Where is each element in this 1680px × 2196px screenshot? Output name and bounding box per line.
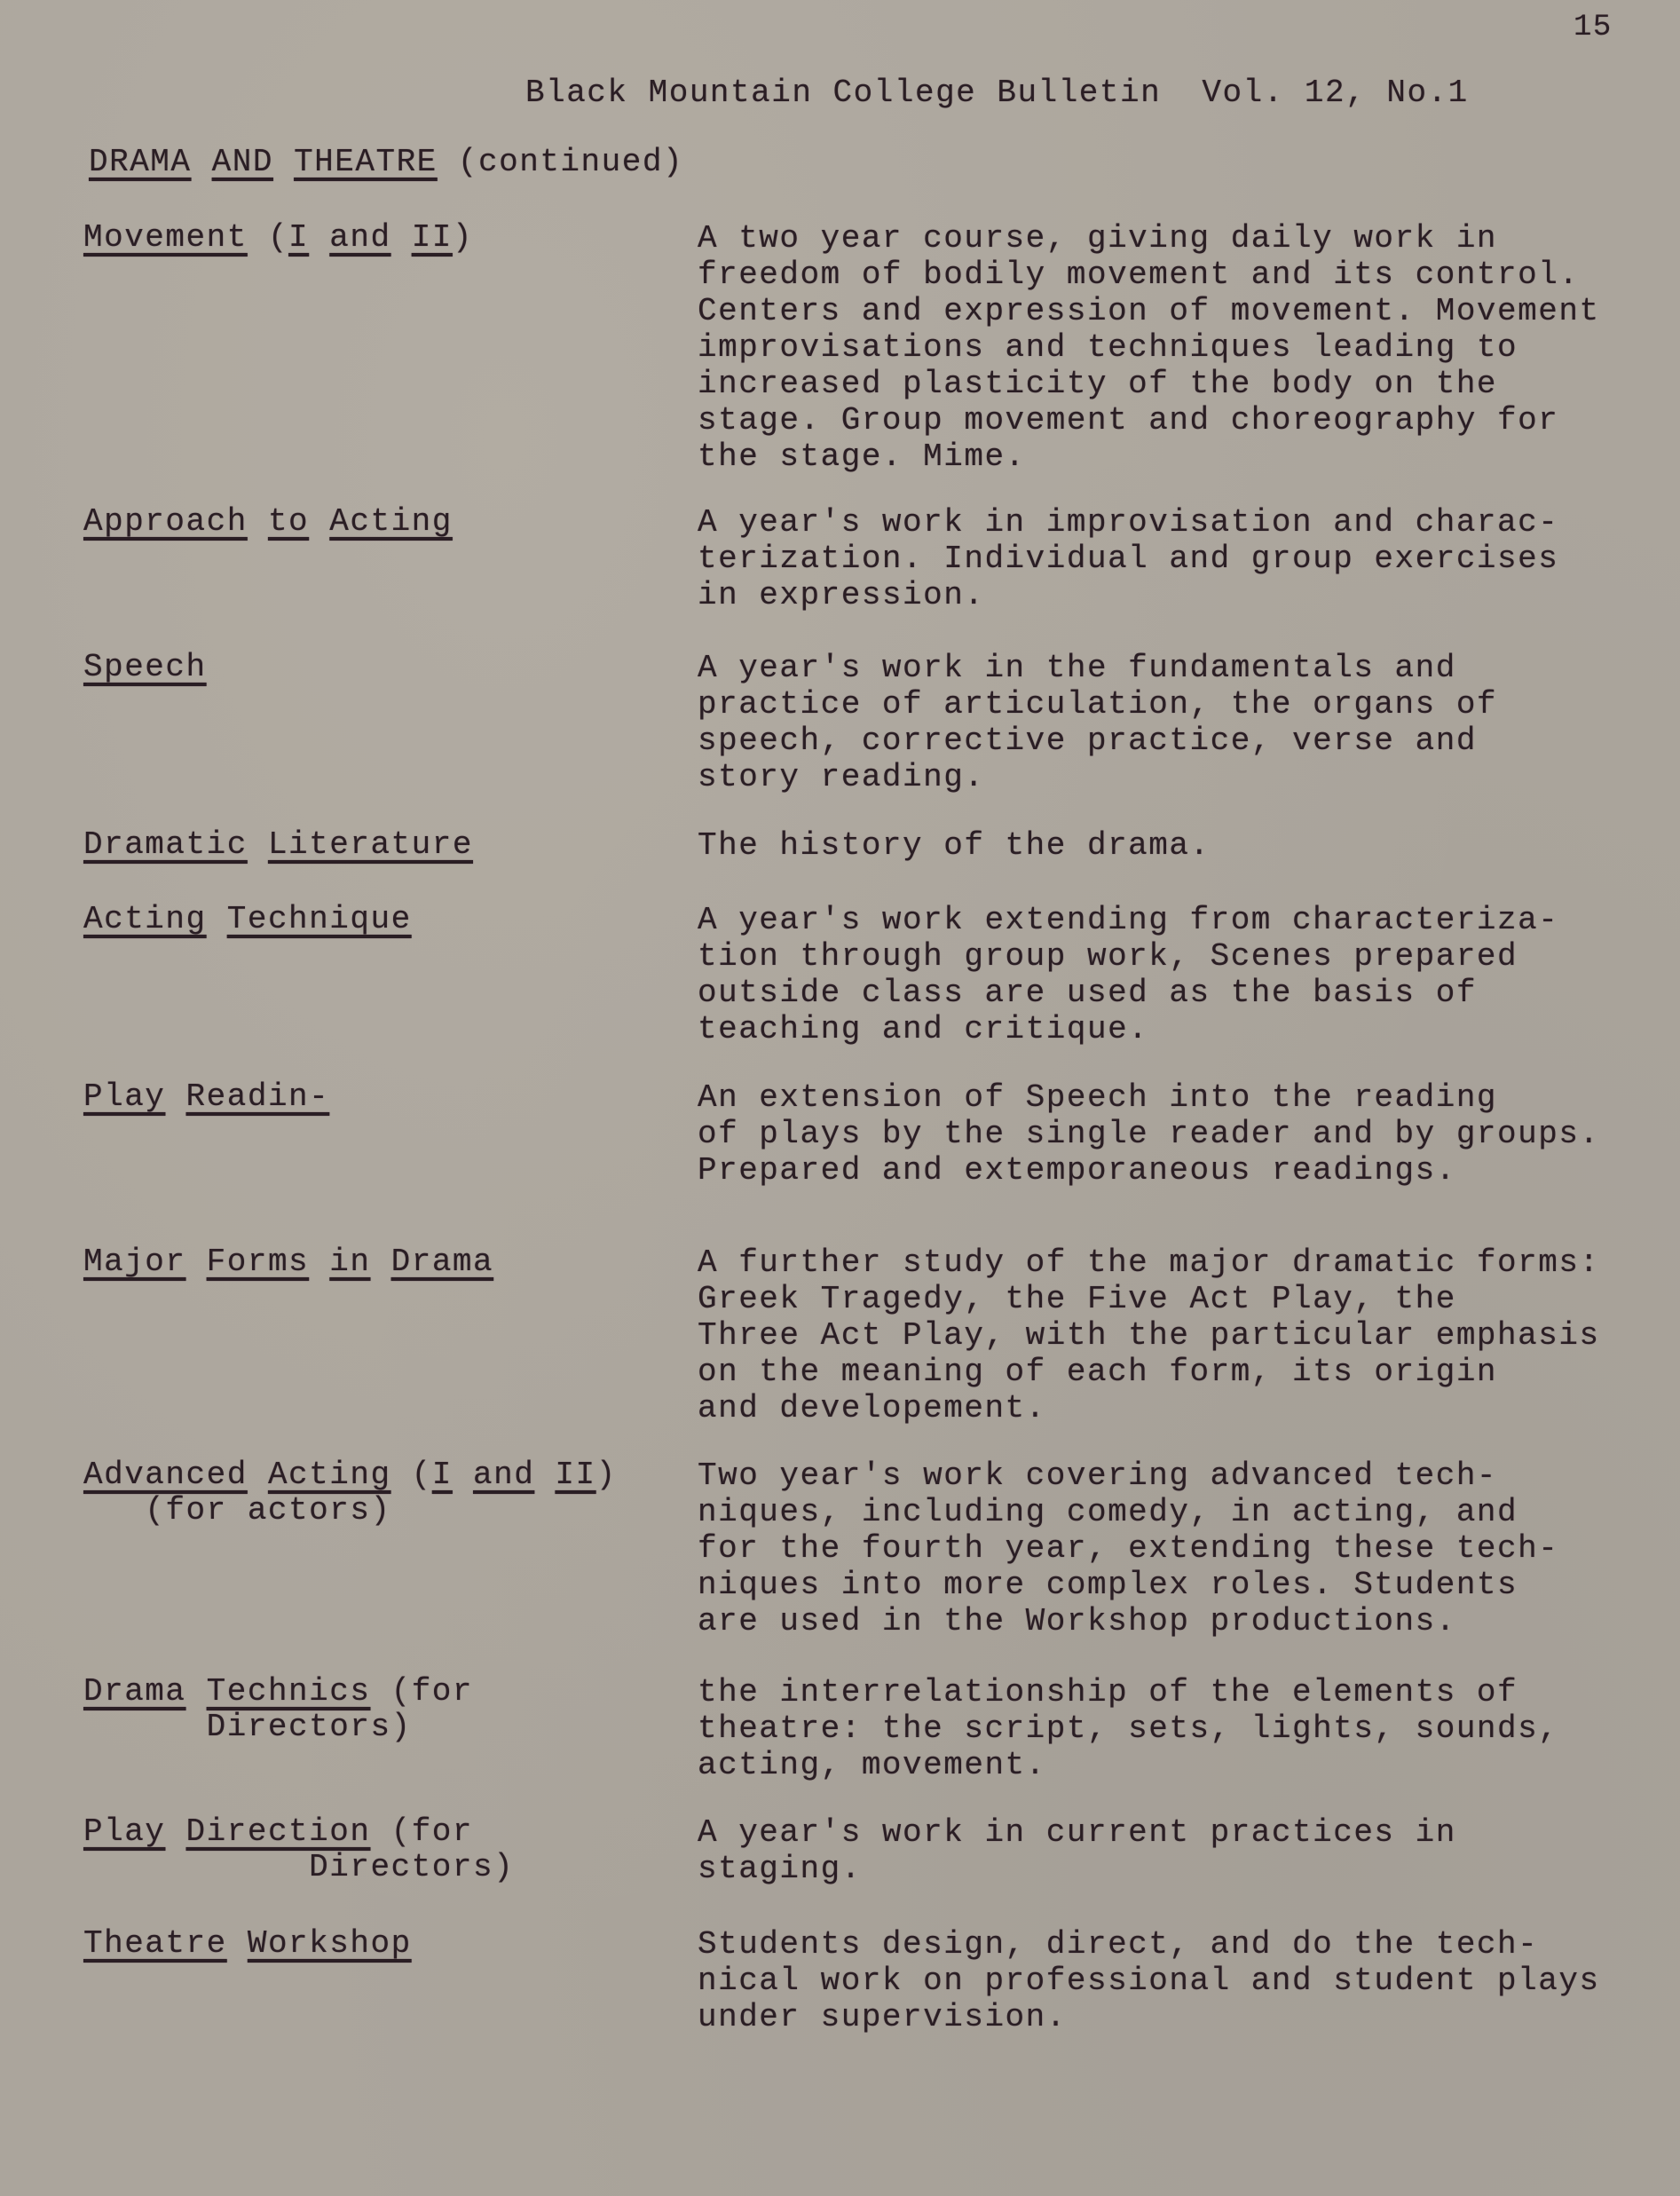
course-description-line: A further study of the major dramatic fo…	[698, 1244, 1600, 1281]
course-description-line: tion through group work, Scenes prepared	[698, 938, 1558, 975]
course-description-line: niques into more complex roles. Students	[698, 1567, 1558, 1603]
course-description-line: are used in the Workshop productions.	[698, 1603, 1558, 1639]
course-title-line: Directors)	[83, 1710, 473, 1745]
course-description: A year's work extending from characteriz…	[698, 902, 1558, 1047]
course-description-line: A year's work extending from characteriz…	[698, 902, 1558, 938]
course-description-line: speech, corrective practice, verse and	[698, 723, 1497, 759]
section-heading: DRAMA AND THEATRE (continued)	[89, 144, 683, 180]
course-description-line: for the fourth year, extending these tec…	[698, 1530, 1558, 1567]
course-description-line: the interrelationship of the elements of	[698, 1674, 1558, 1710]
course-title-line: Acting Technique	[83, 902, 412, 937]
course-description-line: Students design, direct, and do the tech…	[698, 1926, 1600, 1963]
course-description-line: Prepared and extemporaneous readings.	[698, 1152, 1600, 1189]
course-title-line: Dramatic Literature	[83, 827, 473, 863]
course-description-line: of plays by the single reader and by gro…	[698, 1116, 1600, 1152]
course-title: Approach to Acting	[83, 504, 453, 540]
course-title-line: Theatre Workshop	[83, 1926, 412, 1962]
course-description-line: stage. Group movement and choreography f…	[698, 402, 1600, 438]
section-heading-word: DRAMA	[89, 144, 192, 180]
course-title-line: Major Forms in Drama	[83, 1244, 493, 1280]
course-description-line: A year's work in the fundamentals and	[698, 650, 1497, 686]
course-description-line: terization. Individual and group exercis…	[698, 541, 1558, 577]
course-title: Play Readin-	[83, 1079, 329, 1115]
course-title: Acting Technique	[83, 902, 412, 937]
course-description: A year's work in improvisation and chara…	[698, 504, 1558, 613]
course-description: Students design, direct, and do the tech…	[698, 1926, 1600, 2035]
course-title-line: Movement (I and II)	[83, 220, 473, 256]
course-description: A year's work in the fundamentals andpra…	[698, 650, 1497, 795]
course-description: A year's work in current practices insta…	[698, 1814, 1456, 1887]
course-title: Major Forms in Drama	[83, 1244, 493, 1280]
course-description-line: increased plasticity of the body on the	[698, 366, 1600, 402]
course-title-line: (for actors)	[83, 1493, 617, 1529]
course-description-line: on the meaning of each form, its origin	[698, 1354, 1600, 1390]
course-description-line: teaching and critique.	[698, 1011, 1558, 1047]
course-title-line: Advanced Acting (I and II)	[83, 1457, 617, 1493]
course-description-line: Centers and expression of movement. Move…	[698, 293, 1600, 329]
course-title-line: Approach to Acting	[83, 504, 453, 540]
course-description: A two year course, giving daily work inf…	[698, 220, 1600, 475]
course-description-line: in expression.	[698, 577, 1558, 613]
course-description-line: A two year course, giving daily work in	[698, 220, 1600, 257]
course-description-line: acting, movement.	[698, 1747, 1558, 1783]
course-title: Theatre Workshop	[83, 1926, 412, 1962]
course-description-line: An extension of Speech into the reading	[698, 1079, 1600, 1116]
section-heading-suffix: (continued)	[458, 144, 683, 180]
course-description-line: A year's work in improvisation and chara…	[698, 504, 1558, 541]
running-header: Black Mountain College Bulletin Vol. 12,…	[525, 75, 1469, 111]
course-description-line: Greek Tragedy, the Five Act Play, the	[698, 1281, 1600, 1317]
page-number: 15	[1574, 11, 1613, 44]
course-description-line: theatre: the script, sets, lights, sound…	[698, 1710, 1558, 1747]
course-title-line: Drama Technics (for	[83, 1674, 473, 1710]
course-title: Movement (I and II)	[83, 220, 473, 256]
course-description-line: freedom of bodily movement and its contr…	[698, 257, 1600, 293]
section-heading-word: THEATRE	[294, 144, 438, 180]
course-description: The history of the drama.	[698, 827, 1211, 864]
course-title: Advanced Acting (I and II) (for actors)	[83, 1457, 617, 1529]
course-description-line: The history of the drama.	[698, 827, 1211, 864]
course-title-line: Play Direction (for	[83, 1814, 514, 1850]
course-description: Two year's work covering advanced tech-n…	[698, 1457, 1558, 1639]
course-title: Play Direction (for Directors)	[83, 1814, 514, 1885]
course-description-line: Two year's work covering advanced tech-	[698, 1457, 1558, 1494]
course-description-line: story reading.	[698, 759, 1497, 795]
course-description-line: Three Act Play, with the particular emph…	[698, 1317, 1600, 1354]
course-title-line: Directors)	[83, 1850, 514, 1885]
course-description-line: the stage. Mime.	[698, 438, 1600, 475]
course-title: Drama Technics (for Directors)	[83, 1674, 473, 1745]
course-description-line: practice of articulation, the organs of	[698, 686, 1497, 723]
course-title: Dramatic Literature	[83, 827, 473, 863]
course-description-line: niques, including comedy, in acting, and	[698, 1494, 1558, 1530]
course-description-line: nical work on professional and student p…	[698, 1963, 1600, 1999]
course-description-line: A year's work in current practices in	[698, 1814, 1456, 1851]
course-description-line: under supervision.	[698, 1999, 1600, 2035]
course-title-line: Speech	[83, 650, 207, 685]
section-heading-word: AND	[212, 144, 273, 180]
course-description-line: outside class are used as the basis of	[698, 975, 1558, 1011]
course-description-line: improvisations and techniques leading to	[698, 329, 1600, 366]
course-description: the interrelationship of the elements of…	[698, 1674, 1558, 1783]
course-title: Speech	[83, 650, 207, 685]
course-description: A further study of the major dramatic fo…	[698, 1244, 1600, 1426]
course-title-line: Play Readin-	[83, 1079, 329, 1115]
course-description-line: and developement.	[698, 1390, 1600, 1426]
course-description: An extension of Speech into the readingo…	[698, 1079, 1600, 1189]
course-description-line: staging.	[698, 1851, 1456, 1887]
